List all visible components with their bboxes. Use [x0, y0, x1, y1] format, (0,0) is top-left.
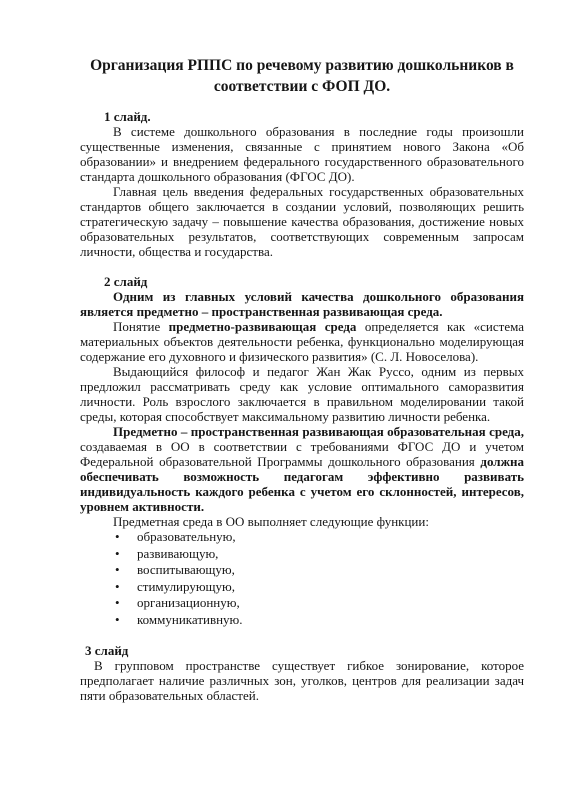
slide-heading: 3 слайд — [80, 643, 524, 658]
slide-heading: 1 слайд. — [80, 109, 524, 124]
list-item-text: воспитывающую, — [137, 562, 235, 577]
bullet-icon: • — [115, 529, 120, 546]
bullet-icon: • — [115, 562, 120, 579]
paragraph: Главная цель введения федеральных госуда… — [80, 184, 524, 259]
list-item-text: стимулирующую, — [137, 579, 235, 594]
list-item: •образовательную, — [80, 529, 524, 546]
text-run: Главная цель введения федеральных госуда… — [80, 184, 524, 259]
text-run: Понятие — [113, 319, 169, 334]
bullet-icon: • — [115, 579, 120, 596]
text-run: Предметная среда в ОО выполняет следующи… — [113, 514, 429, 529]
text-run: создаваемая в ОО в соответствии с требов… — [80, 439, 524, 469]
paragraph: Предметно – пространственная развивающая… — [80, 424, 524, 514]
paragraph: В системе дошкольного образования в посл… — [80, 124, 524, 184]
document-page: Организация РППС по речевому развитию до… — [0, 0, 566, 800]
bullet-icon: • — [115, 612, 120, 629]
list-item: •организационную, — [80, 595, 524, 612]
blank-line — [80, 628, 524, 643]
text-run-bold: 3 слайд — [85, 643, 128, 658]
list-item: •стимулирующую, — [80, 579, 524, 596]
bullet-icon: • — [115, 546, 120, 563]
text-run-bold: предметно-развивающая среда — [169, 319, 357, 334]
paragraph: Одним из главных условий качества дошкол… — [80, 289, 524, 319]
text-run-bold: 2 слайд — [104, 274, 147, 289]
list-item-text: коммуникативную. — [137, 612, 243, 627]
list-item-text: развивающую, — [137, 546, 218, 561]
list-item-text: образовательную, — [137, 529, 236, 544]
text-run-bold: Одним из главных условий качества дошкол… — [80, 289, 524, 319]
list-item: • развивающую, — [80, 546, 524, 563]
bullet-icon: • — [115, 595, 120, 612]
slide-heading: 2 слайд — [80, 274, 524, 289]
text-run: В групповом пространстве существует гибк… — [80, 658, 524, 703]
text-run-bold: Предметно – пространственная развивающая… — [113, 424, 524, 439]
document-title: Организация РППС по речевому развитию до… — [80, 55, 524, 97]
text-run: В системе дошкольного образования в посл… — [80, 124, 524, 184]
list-item: •воспитывающую, — [80, 562, 524, 579]
paragraph: Предметная среда в ОО выполняет следующи… — [80, 514, 524, 529]
text-run-bold: 1 слайд. — [104, 109, 151, 124]
paragraph: Выдающийся философ и педагог Жан Жак Рус… — [80, 364, 524, 424]
text-run: Выдающийся философ и педагог Жан Жак Рус… — [80, 364, 524, 424]
paragraph: В групповом пространстве существует гибк… — [80, 658, 524, 703]
bullet-list: •образовательную,• развивающую,•воспитыв… — [80, 529, 524, 628]
document-body: 1 слайд.В системе дошкольного образовани… — [80, 109, 524, 703]
paragraph: Понятие предметно-развивающая среда опре… — [80, 319, 524, 364]
list-item: •коммуникативную. — [80, 612, 524, 629]
blank-line — [80, 259, 524, 274]
list-item-text: организационную, — [137, 595, 240, 610]
